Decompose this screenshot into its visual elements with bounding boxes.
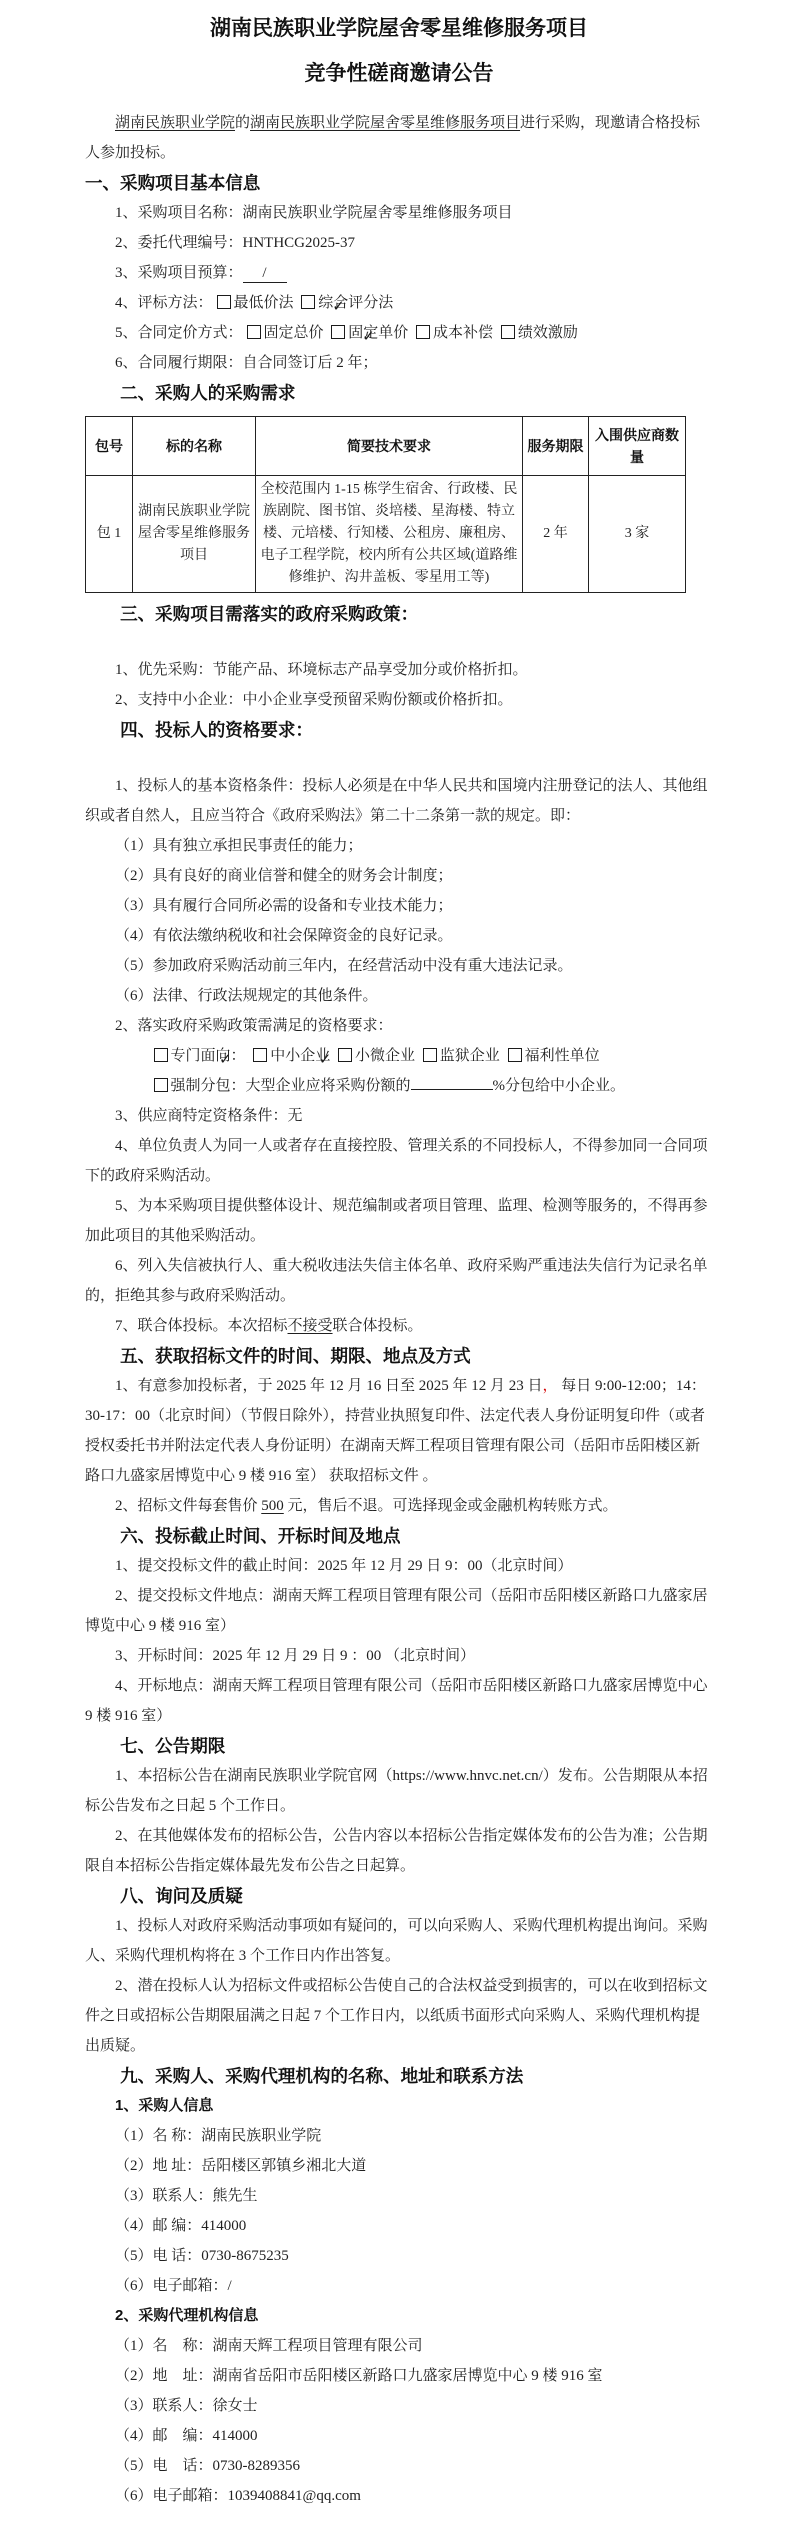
s1-item-project-name: 1、采购项目名称：湖南民族职业学院屋舍零星维修服务项目	[85, 198, 713, 228]
s4-item-3: 3、供应商特定资格条件：无	[85, 1101, 713, 1131]
checkbox-checked-icon	[154, 1048, 168, 1062]
subcontract-label: 强制分包：大型企业应将采购份额的	[171, 1078, 411, 1094]
pricing-option-label: 成本补偿	[433, 325, 493, 341]
section-6-heading: 六、投标截止时间、开标时间及地点	[85, 1521, 713, 1551]
s4-item-2: 2、落实政府采购政策需满足的资格要求：	[85, 1011, 713, 1041]
s4-sub-5: （5）参加政府采购活动前三年内，在经营活动中没有重大违法记录。	[85, 951, 713, 981]
s1-item-pricing: 5、合同定价方式：固定总价 固定单价 成本补偿 绩效激励	[85, 318, 713, 348]
checkbox-unchecked-icon	[501, 325, 515, 339]
s1-item-budget: 3、采购项目预算：/	[85, 258, 713, 288]
cell-subject: 湖南民族职业学院屋舍零星维修服务项目	[133, 476, 256, 593]
s4-item-1: 1、投标人的基本资格条件：投标人必须是在中华人民共和国境内注册登记的法人、其他组…	[85, 771, 713, 831]
th-tech: 简要技术要求	[256, 417, 523, 476]
s4-subcontract-line: 强制分包：大型企业应将采购份额的%分包给中小企业。	[85, 1071, 713, 1101]
checkbox-checked-icon	[253, 1048, 267, 1062]
project-name-underlined: 湖南民族职业学院屋舍零星维修服务项目	[250, 115, 520, 131]
agent-info-heading: 2、采购代理机构信息	[85, 2301, 713, 2331]
th-qty: 入围供应商数量	[589, 417, 686, 476]
obtain-docs-time: 1、有意参加投标者，于 2025 年 12 月 16 日至 2025 年 12 …	[115, 1378, 543, 1394]
policy-option-label: 监狱企业	[440, 1048, 500, 1064]
s8-item-2: 2、潜在投标人认为招标文件或招标公告使自己的合法权益受到损害的，可以在收到招标文…	[85, 1971, 713, 2061]
checkbox-checked-icon	[301, 295, 315, 309]
section-2-heading: 二、采购人的采购需求	[85, 378, 713, 408]
s4-item-5: 5、为本采购项目提供整体设计、规范编制或者项目管理、监理、检测等服务的，不得再参…	[85, 1191, 713, 1251]
joint-bid-head: 7、联合体投标。本次招标	[115, 1318, 288, 1334]
s6-item-4: 4、开标地点：湖南天辉工程项目管理有限公司（岳阳市岳阳楼区新路口九盛家居博览中心…	[85, 1671, 713, 1731]
agent-zip: （4）邮 编：414000	[85, 2421, 713, 2451]
requirements-table: 包号 标的名称 简要技术要求 服务期限 入围供应商数量 包 1 湖南民族职业学院…	[85, 416, 686, 593]
buyer-email: （6）电子邮箱：/	[85, 2271, 713, 2301]
s1-item-eval-method: 4、评标方法：最低价法 综合评分法	[85, 288, 713, 318]
checkbox-unchecked-icon	[154, 1078, 168, 1092]
section-1-heading: 一、采购项目基本信息	[85, 168, 713, 198]
buyer-zip: （4）邮 编：414000	[85, 2211, 713, 2241]
agent-phone: （5）电 话：0730-8289356	[85, 2451, 713, 2481]
checkbox-unchecked-icon	[338, 1048, 352, 1062]
cell-term: 2 年	[523, 476, 589, 593]
budget-blank: /	[243, 264, 287, 283]
checkbox-unchecked-icon	[508, 1048, 522, 1062]
agent-address: （2）地 址：湖南省岳阳市岳阳楼区新路口九盛家居博览中心 9 楼 916 室	[85, 2361, 713, 2391]
buyer-contact: （3）联系人：熊先生	[85, 2181, 713, 2211]
eval-option-label: 最低价法	[234, 295, 294, 311]
section-5-heading: 五、获取招标文件的时间、期限、地点及方式	[85, 1341, 713, 1371]
s1-item-agency-no: 2、委托代理编号：HNTHCG2025-37	[85, 228, 713, 258]
buyer-name-underlined: 湖南民族职业学院	[115, 115, 235, 131]
th-subject: 标的名称	[133, 417, 256, 476]
joint-bid-not-accepted: 不接受	[288, 1318, 333, 1334]
section-8-heading: 八、询问及质疑	[85, 1881, 713, 1911]
intro-mid: 的	[235, 115, 250, 131]
pricing-label: 5、合同定价方式：	[115, 325, 243, 341]
section-9-heading: 九、采购人、采购代理机构的名称、地址和联系方法	[85, 2061, 713, 2091]
cell-package: 包 1	[86, 476, 133, 593]
checkbox-unchecked-icon	[416, 325, 430, 339]
s6-item-2: 2、提交投标文件地点：湖南天辉工程项目管理有限公司（岳阳市岳阳楼区新路口九盛家居…	[85, 1581, 713, 1641]
buyer-phone: （5）电 话：0730-8675235	[85, 2241, 713, 2271]
s4-sub-1: （1）具有独立承担民事责任的能力；	[85, 831, 713, 861]
doc-title: 湖南民族职业学院屋舍零星维修服务项目	[85, 6, 713, 51]
s3-item-1: 1、优先采购：节能产品、环境标志产品享受加分或价格折扣。	[85, 655, 713, 685]
section-7-heading: 七、公告期限	[85, 1731, 713, 1761]
section-3-heading: 三、采购项目需落实的政府采购政策：	[85, 599, 713, 629]
budget-label: 3、采购项目预算：	[115, 265, 243, 281]
table-header-row: 包号 标的名称 简要技术要求 服务期限 入围供应商数量	[86, 417, 686, 476]
s4-item-6: 6、列入失信被执行人、重大税收违法失信主体名单、政府采购严重违法失信行为记录名单…	[85, 1251, 713, 1311]
s4-sub-3: （3）具有履行合同所必需的设备和专业技术能力；	[85, 891, 713, 921]
policy-option-label: 小微企业	[355, 1048, 415, 1064]
s4-item-7: 7、联合体投标。本次招标不接受联合体投标。	[85, 1311, 713, 1341]
doc-subtitle: 竞争性磋商邀请公告	[85, 51, 713, 96]
s4-sub-4: （4）有依法缴纳税收和社会保障资金的良好记录。	[85, 921, 713, 951]
checkbox-unchecked-icon	[247, 325, 261, 339]
s6-item-1: 1、提交投标文件的截止时间：2025 年 12 月 29 日 9：00（北京时间…	[85, 1551, 713, 1581]
table-row: 包 1 湖南民族职业学院屋舍零星维修服务项目 全校范围内 1-15 栋学生宿舍、…	[86, 476, 686, 593]
s5-item-2: 2、招标文件每套售价 500 元，售后不退。可选择现金或金融机构转账方式。	[85, 1491, 713, 1521]
checkbox-unchecked-icon	[217, 295, 231, 309]
red-comma: ，	[543, 1378, 558, 1394]
agent-contact: （3）联系人：徐女士	[85, 2391, 713, 2421]
s4-item-4: 4、单位负责人为同一人或者存在直接控股、管理关系的不同投标人，不得参加同一合同项…	[85, 1131, 713, 1191]
policy-option-label: 福利性单位	[525, 1048, 600, 1064]
checkbox-unchecked-icon	[423, 1048, 437, 1062]
s7-item-1: 1、本招标公告在湖南民族职业学院官网（https://www.hnvc.net.…	[85, 1761, 713, 1821]
intro-paragraph: 湖南民族职业学院的湖南民族职业学院屋舍零星维修服务项目进行采购，现邀请合格投标人…	[85, 108, 713, 168]
subcontract-tail: %分包给中小企业。	[493, 1078, 626, 1094]
pricing-option-label: 绩效激励	[518, 325, 578, 341]
th-term: 服务期限	[523, 417, 589, 476]
agent-email: （6）电子邮箱：1039408841@qq.com	[85, 2481, 713, 2511]
cell-qty: 3 家	[589, 476, 686, 593]
s5-item-1: 1、有意参加投标者，于 2025 年 12 月 16 日至 2025 年 12 …	[85, 1371, 713, 1491]
buyer-address: （2）地 址：岳阳楼区郭镇乡湘北大道	[85, 2151, 713, 2181]
buyer-info-heading: 1、采购人信息	[85, 2091, 713, 2121]
s6-item-3: 3、开标时间：2025 年 12 月 29 日 9 ：00 （北京时间）	[85, 1641, 713, 1671]
s4-sub-2: （2）具有良好的商业信誉和健全的财务会计制度；	[85, 861, 713, 891]
s4-policy-target-line: 专门面向： 中小企业 小微企业 监狱企业 福利性单位	[85, 1041, 713, 1071]
s4-sub-6: （6）法律、行政法规规定的其他条件。	[85, 981, 713, 1011]
eval-method-label: 4、评标方法：	[115, 295, 213, 311]
cell-tech: 全校范围内 1-15 栋学生宿舍、行政楼、民族剧院、图书馆、炎培楼、星海楼、特立…	[256, 476, 523, 593]
subcontract-blank	[411, 1073, 493, 1090]
th-package: 包号	[86, 417, 133, 476]
buyer-name: （1）名 称：湖南民族职业学院	[85, 2121, 713, 2151]
pricing-option-label: 固定总价	[264, 325, 324, 341]
section-4-heading: 四、投标人的资格要求：	[85, 715, 713, 745]
s1-item-contract-term: 6、合同履行期限：自合同签订后 2 年；	[85, 348, 713, 378]
s7-item-2: 2、在其他媒体发布的招标公告，公告内容以本招标公告指定媒体发布的公告为准；公告期…	[85, 1821, 713, 1881]
doc-price-value: 500	[261, 1498, 284, 1514]
joint-bid-tail: 联合体投标。	[333, 1318, 423, 1334]
doc-price-head: 2、招标文件每套售价	[115, 1498, 261, 1514]
doc-price-tail: 元，售后不退。可选择现金或金融机构转账方式。	[284, 1498, 618, 1514]
agent-name: （1）名 称：湖南天辉工程项目管理有限公司	[85, 2331, 713, 2361]
announcement-document: 湖南民族职业学院屋舍零星维修服务项目 竞争性磋商邀请公告 湖南民族职业学院的湖南…	[0, 0, 800, 2511]
checkbox-checked-icon	[331, 325, 345, 339]
s8-item-1: 1、投标人对政府采购活动事项如有疑问的，可以向采购人、采购代理机构提出询问。采购…	[85, 1911, 713, 1971]
s3-item-2: 2、支持中小企业：中小企业享受预留采购份额或价格折扣。	[85, 685, 713, 715]
